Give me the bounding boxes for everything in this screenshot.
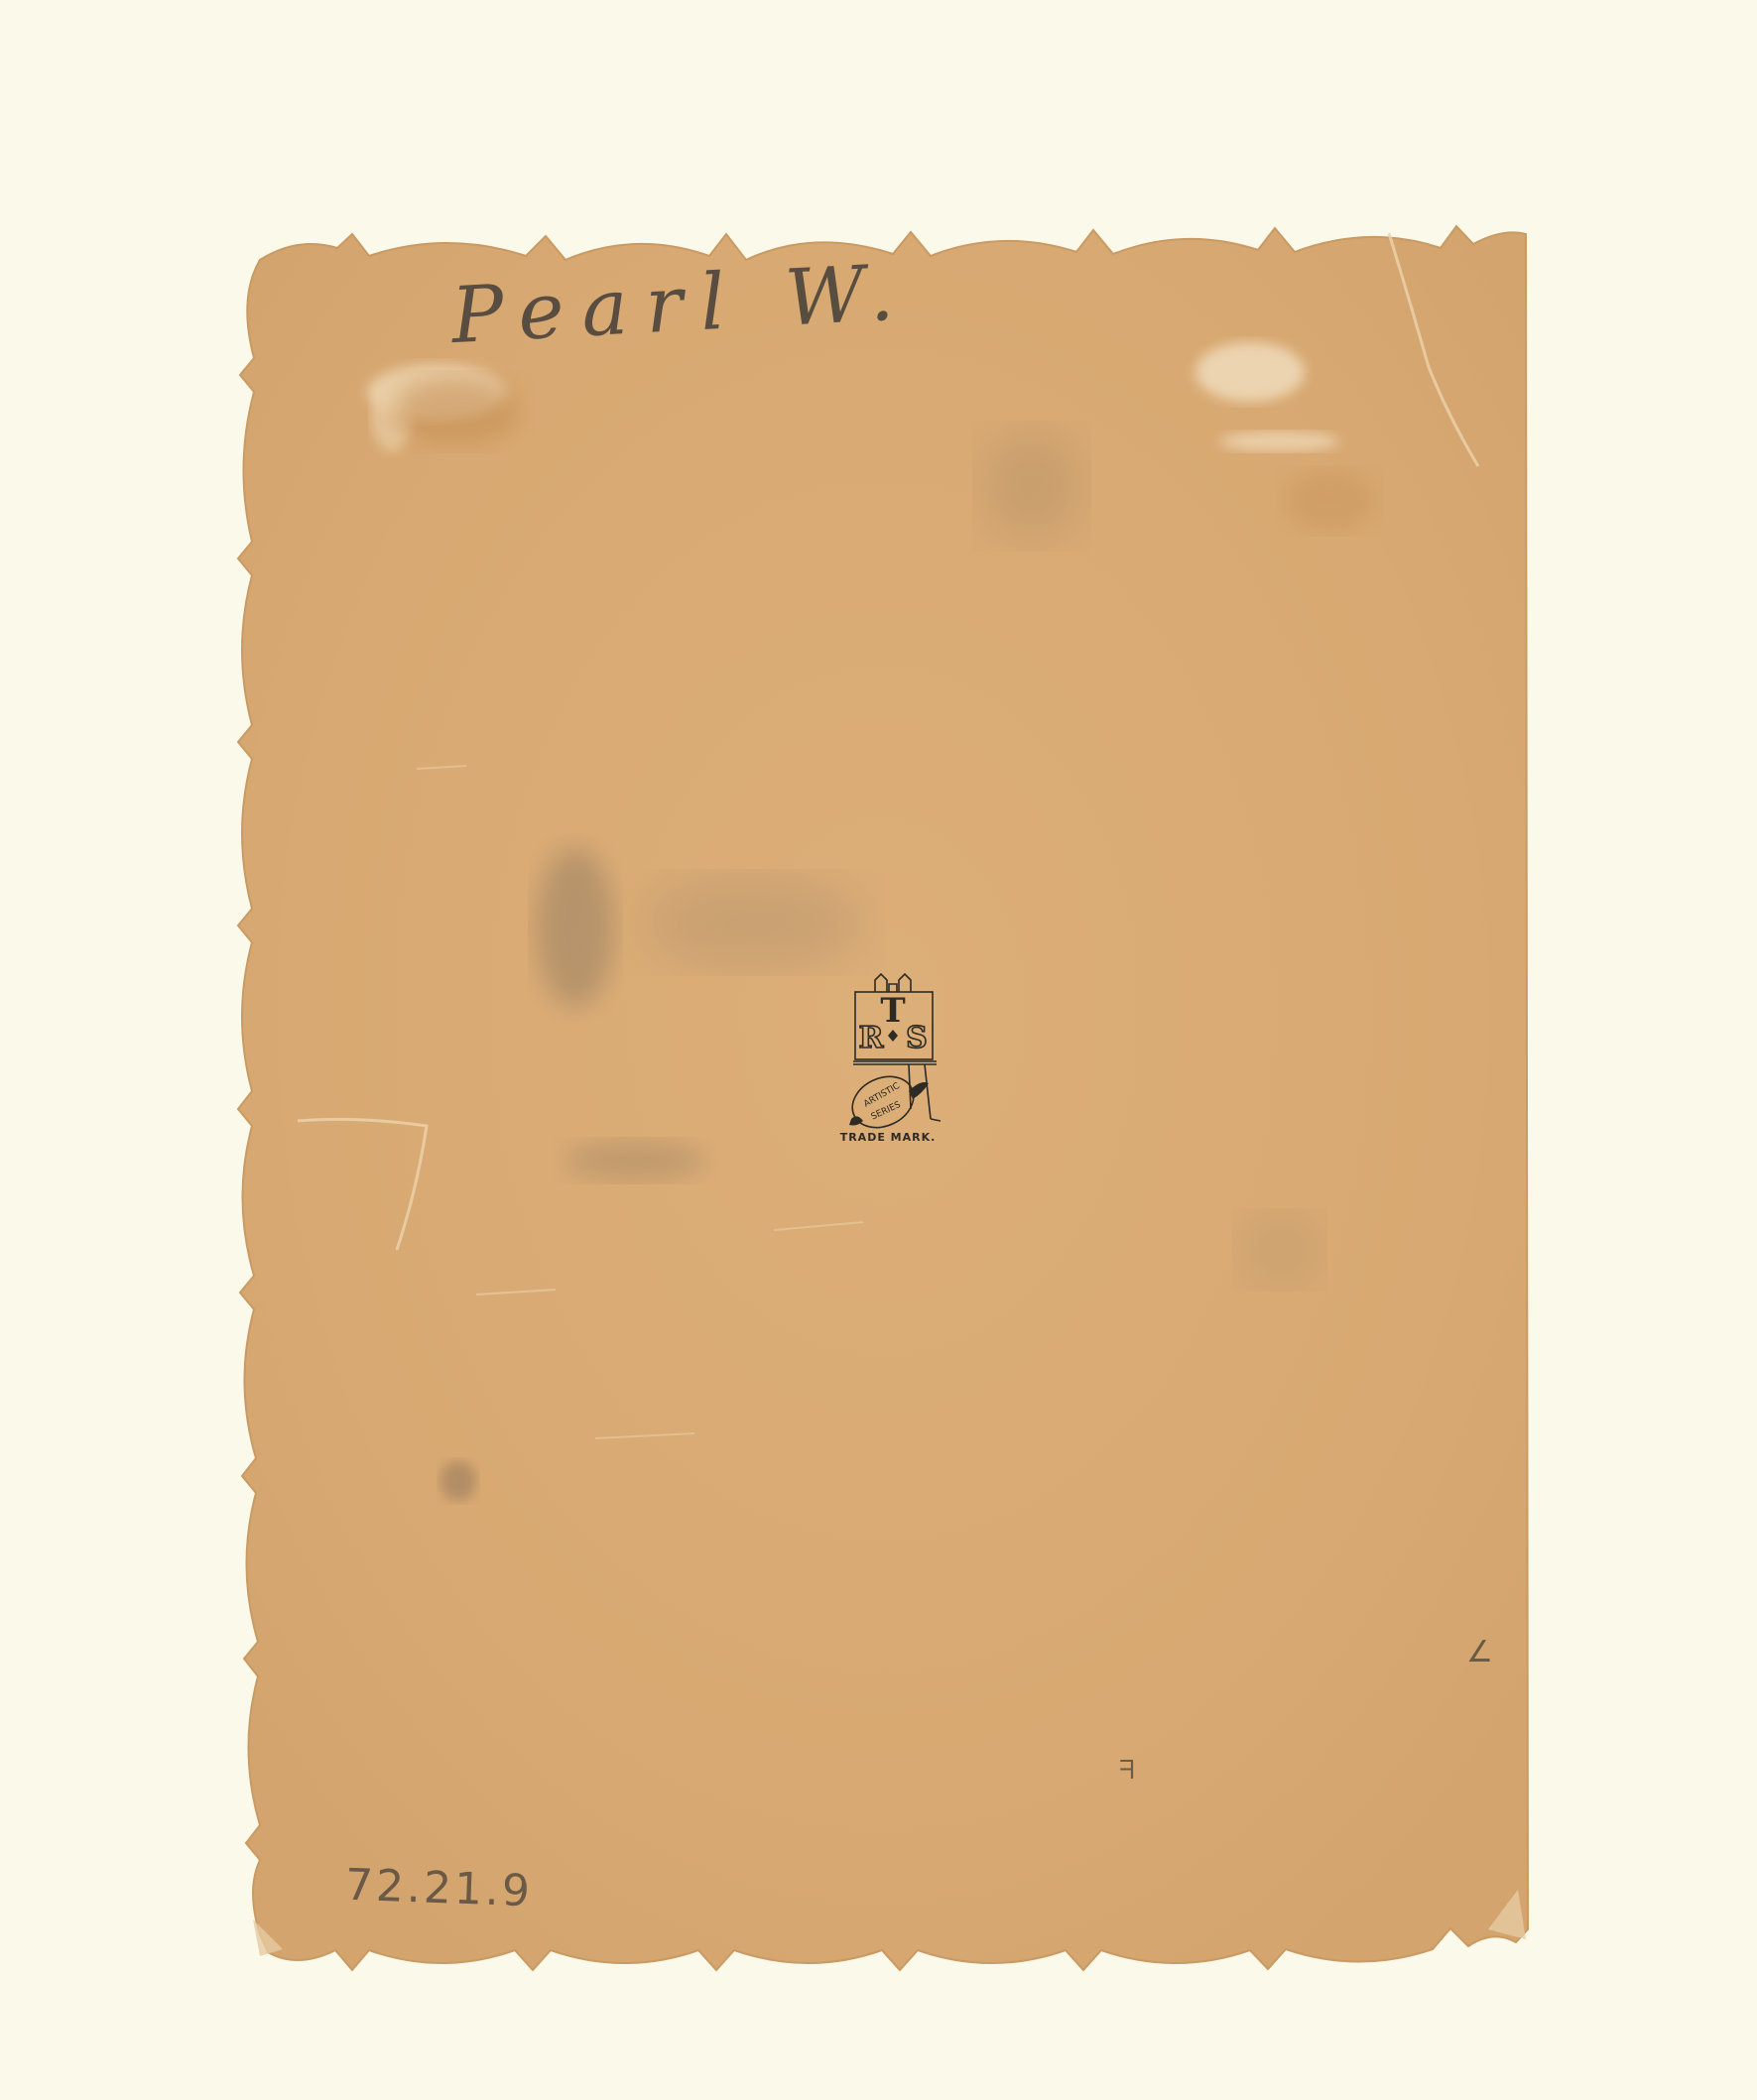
scanned-card-back: Pearl W. 72.21.9 ∠ ᖷ T R S [0,0,1757,2100]
brown-stain-top-left [392,377,521,446]
svg-text:T: T [880,991,905,1031]
grey-smudge-right [1240,1215,1319,1285]
brown-stain-top-right [1285,471,1374,531]
light-patch-top-right-2 [1220,432,1339,451]
trademark-caption: TRADE MARK. [799,1131,977,1144]
stray-pencil-mark: ∠ [1466,1635,1493,1669]
grey-smudge-center [645,878,863,967]
grey-smudge-lower-left [440,1461,476,1501]
monogram: T R S [859,991,928,1055]
accession-number: 72.21.9 [344,1860,534,1917]
grey-smudge-center-left [536,848,615,1007]
grey-smudge-center-2 [565,1141,704,1180]
stray-pencil-mark: ᖷ [1119,1756,1134,1787]
svg-text:R: R [859,1021,885,1055]
trademark-easel-logo: T R S ARTISTIC SERIES [814,970,972,1139]
grey-smudge-mid-top [982,432,1081,541]
svg-text:S: S [906,1021,928,1055]
palette-icon: ARTISTIC SERIES [844,1067,929,1138]
light-patch-top-right [1195,342,1305,402]
